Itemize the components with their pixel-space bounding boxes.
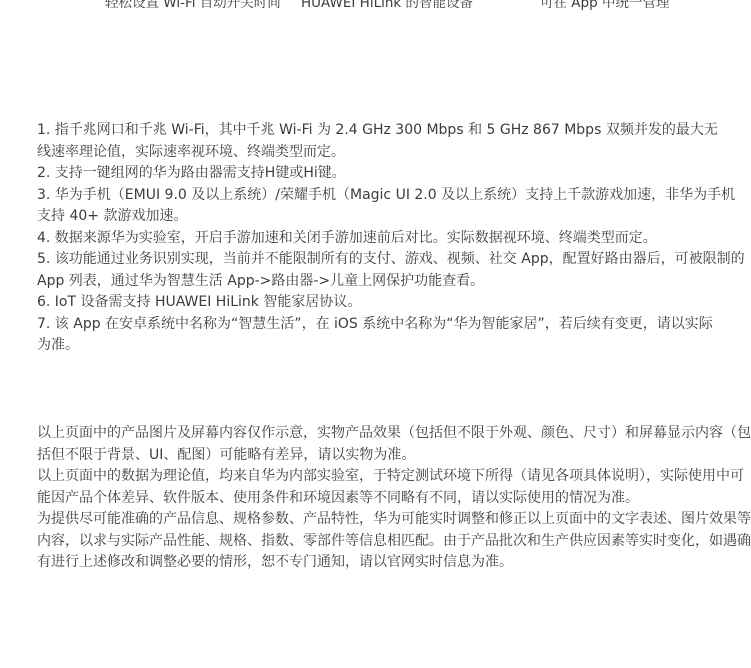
footnote-line: 6. IoT 设备需支持 HUAWEI HiLink 智能家居协议。 bbox=[37, 292, 737, 314]
footnote-line: 2. 支持一键组网的华为路由器需支持H键或Hi键。 bbox=[37, 163, 737, 185]
footnote-line: 为准。 bbox=[37, 335, 737, 357]
footnote-line: 线速率理论值，实际速率视环境、终端类型而定。 bbox=[37, 142, 737, 164]
disclaimer-line: 括但不限于背景、UI、配图）可能略有差异，请以实物为准。 bbox=[37, 445, 737, 467]
footnote-line: 1. 指千兆网口和千兆 Wi-Fi，其中千兆 Wi-Fi 为 2.4 GHz 3… bbox=[37, 120, 737, 142]
disclaimer-line: 有进行上述修改和调整必要的情形，恕不专门通知，请以官网实时信息为准。 bbox=[37, 552, 737, 574]
disclaimer-line: 以上页面中的数据为理论值，均来自华为内部实验室，于特定测试环境下所得（请见各项具… bbox=[37, 466, 737, 488]
footnote-line: 4. 数据来源华为实验室，开启手游加速和关闭手游加速前后对比。实际数据视环境、终… bbox=[37, 228, 737, 250]
disclaimer-block: 以上页面中的产品图片及屏幕内容仅作示意，实物产品效果（包括但不限于外观、颜色、尺… bbox=[37, 423, 737, 574]
footnote-line: App 列表，通过华为智慧生活 App->路由器->儿童上网保护功能查看。 bbox=[37, 271, 737, 293]
feature-caption-hilink-devices: HUAWEI HiLink 的智能设备 bbox=[301, 0, 473, 11]
footnote-line: 支持 40+ 款游戏加速。 bbox=[37, 206, 737, 228]
footnote-line: 3. 华为手机（EMUI 9.0 及以上系统）/荣耀手机（Magic UI 2.… bbox=[37, 185, 737, 207]
product-disclaimer-page: 轻松设置 Wi-Fi 自动开关时间 HUAWEI HiLink 的智能设备 可在… bbox=[0, 0, 751, 668]
disclaimer-line: 以上页面中的产品图片及屏幕内容仅作示意，实物产品效果（包括但不限于外观、颜色、尺… bbox=[37, 423, 737, 445]
disclaimer-line: 内容，以求与实际产品性能、规格、指数、零部件等信息相匹配。由于产品批次和生产供应… bbox=[37, 531, 737, 553]
disclaimer-line: 能因产品个体差异、软件版本、使用条件和环境因素等不同略有不同，请以实际使用的情况… bbox=[37, 488, 737, 510]
disclaimer-line: 为提供尽可能准确的产品信息、规格参数、产品特性，华为可能实时调整和修正以上页面中… bbox=[37, 509, 737, 531]
feature-caption-app-manage: 可在 App 中统一管理 bbox=[540, 0, 669, 11]
footnote-line: 7. 该 App 在安卓系统中名称为“智慧生活”，在 iOS 系统中名称为“华为… bbox=[37, 314, 737, 336]
footnote-line: 5. 该功能通过业务识别实现，当前并不能限制所有的支付、游戏、视频、社交 App… bbox=[37, 249, 737, 271]
feature-caption-wifi-schedule: 轻松设置 Wi-Fi 自动开关时间 bbox=[105, 0, 281, 11]
footnotes-block: 1. 指千兆网口和千兆 Wi-Fi，其中千兆 Wi-Fi 为 2.4 GHz 3… bbox=[37, 120, 737, 357]
